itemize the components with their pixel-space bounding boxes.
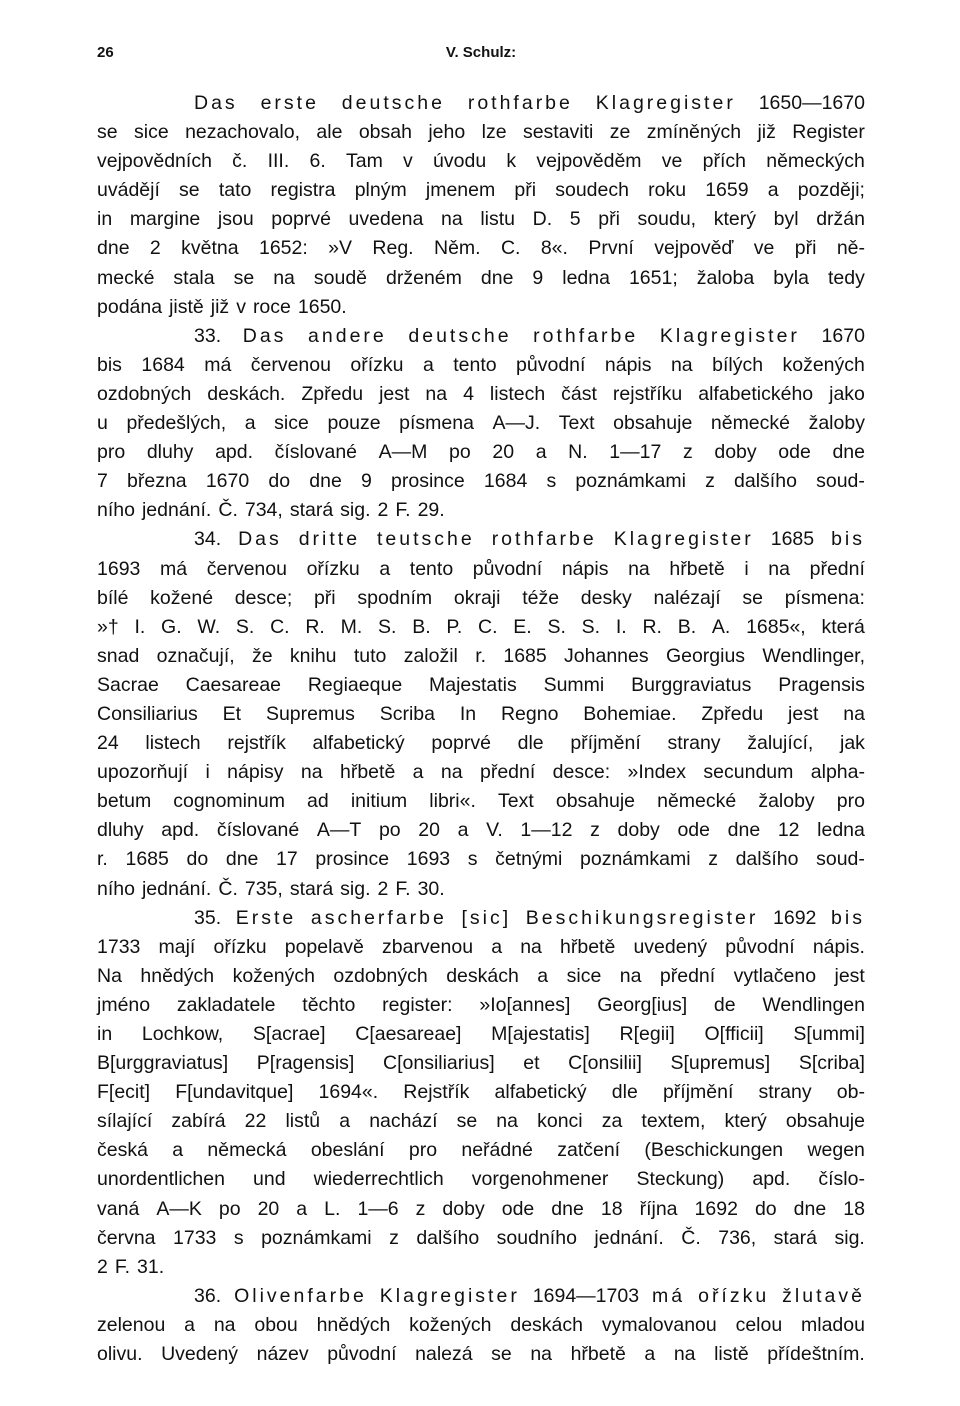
text-line: snadoznačují,žeknihututozaložilr.1685Joh… xyxy=(97,642,865,671)
text-line: B[urggraviatus]P[ragensis]C[onsiliarius]… xyxy=(97,1049,865,1078)
text-line: jménozakladateletěchtoregister:»Io[annes… xyxy=(97,991,865,1020)
text-line: inmarginejsoupoprvéuvedenanalistuD.5přis… xyxy=(97,205,865,234)
text-line: níhojednání.Č.734,starásig.2F.29. xyxy=(97,496,865,525)
text-line: dne2května1652:»VReg.Něm.C.8«.Prvnívejpo… xyxy=(97,234,865,263)
text-line: níhojednání.Č.735,starásig.2F.30. xyxy=(97,875,865,904)
text-line: Nahnědýchkoženýchozdobnýchdeskáchasicena… xyxy=(97,962,865,991)
paragraph-p-36: 36.OlivenfarbeKlagregister1694—1703máoří… xyxy=(97,1282,865,1369)
text-line: bis1684máčervenouořízkuatentopůvodnínápi… xyxy=(97,351,865,380)
text-line: prodluhyapd.číslovanéA—Mpo20aN.1—17zdoby… xyxy=(97,438,865,467)
text-line: r.1685dodne17prosince1693sčetnýmipoznámk… xyxy=(97,845,865,874)
text-line: olivu.Uvedenýnázevpůvodnínalezásenahřbet… xyxy=(97,1340,865,1369)
text-line: meckéstalasenasoudědrženémdne9ledna1651;… xyxy=(97,264,865,293)
text-line: 1693máčervenouořízkuatentopůvodnínápisna… xyxy=(97,555,865,584)
text-line: 33.DasanderedeutscherothfarbeKlagregiste… xyxy=(97,322,865,351)
text-line: »†I.G.W.S.C.R.M.S.B.P.C.E.S.S.I.R.B.A.16… xyxy=(97,613,865,642)
paragraph-p-33: 33.DasanderedeutscherothfarbeKlagregiste… xyxy=(97,322,865,526)
text-line: vanáA—Kpo20aL.1—6zdobyodedne18října1692d… xyxy=(97,1195,865,1224)
text-line: uvádějísetatoregistraplnýmjmenempřisoude… xyxy=(97,176,865,205)
text-line: českáaněmeckáobesláníproneřádnézatčení(B… xyxy=(97,1136,865,1165)
text-line: DaserstedeutscherothfarbeKlagregister165… xyxy=(97,89,865,118)
text-line: 2F.31. xyxy=(97,1253,865,1282)
text-line: upředešlých,asicepouzepísmenaA—J.Textobs… xyxy=(97,409,865,438)
text-line: 1733majíořízkupopelavězbarvenouanahřbetě… xyxy=(97,933,865,962)
text-line: 35.Ersteascherfarbe[sic]Beschikungsregis… xyxy=(97,904,865,933)
text-line: 34.DasdritteteutscherothfarbeKlagregiste… xyxy=(97,525,865,554)
text-line: 24listechrejstříkalfabetickýpoprvédlepří… xyxy=(97,729,865,758)
paragraph-p-1650: DaserstedeutscherothfarbeKlagregister165… xyxy=(97,89,865,322)
text-line: 36.OlivenfarbeKlagregister1694—1703máoří… xyxy=(97,1282,865,1311)
paragraph-p-34: 34.DasdritteteutscherothfarbeKlagregiste… xyxy=(97,525,865,903)
text-line: ConsiliariusEtSupremusScribaInRegnoBohem… xyxy=(97,700,865,729)
text-line: června1733spoznámkamizdalšíhosoudníhojed… xyxy=(97,1224,865,1253)
text-line: ozdobnýchdeskách.Zpředujestna4listechčás… xyxy=(97,380,865,409)
text-line: podánajistějižvroce1650. xyxy=(97,293,865,322)
body-text: DaserstedeutscherothfarbeKlagregister165… xyxy=(97,89,865,1369)
text-line: SacraeCaesareaeRegiaequeMajestatisSummiB… xyxy=(97,671,865,700)
text-line: upozorňujíinápisynahřbetěanapřednídesce:… xyxy=(97,758,865,787)
paragraph-p-35: 35.Ersteascherfarbe[sic]Beschikungsregis… xyxy=(97,904,865,1282)
text-line: zelenouanaobouhnědýchkoženýchdeskáchvyma… xyxy=(97,1311,865,1340)
running-title: V. Schulz: xyxy=(97,44,865,61)
page-header: 26 V. Schulz: xyxy=(97,44,865,68)
text-line: bílékoženédesce;přispodnímokrajitéžedesk… xyxy=(97,584,865,613)
text-line: betumcognominumadinitiumlibri«.Textobsah… xyxy=(97,787,865,816)
text-line: vejpovědníchč.III.6.Tamvúvodukvejpověděm… xyxy=(97,147,865,176)
text-line: sílajícízabírá22listůanacházísenakonciza… xyxy=(97,1107,865,1136)
text-line: unordentlichenundwiederrechtlichvorgenoh… xyxy=(97,1165,865,1194)
text-line: F[ecit]F[undavitque]1694«.Rejstříkalfabe… xyxy=(97,1078,865,1107)
text-line: inLochkow,S[acrae]C[aesareae]M[ajestatis… xyxy=(97,1020,865,1049)
text-line: dluhyapd.číslovanéA—Tpo20aV.1—12zdobyode… xyxy=(97,816,865,845)
text-line: 7března1670dodne9prosince1684spoznámkami… xyxy=(97,467,865,496)
text-line: sesicenezachovalo,aleobsahjeholzesestavi… xyxy=(97,118,865,147)
